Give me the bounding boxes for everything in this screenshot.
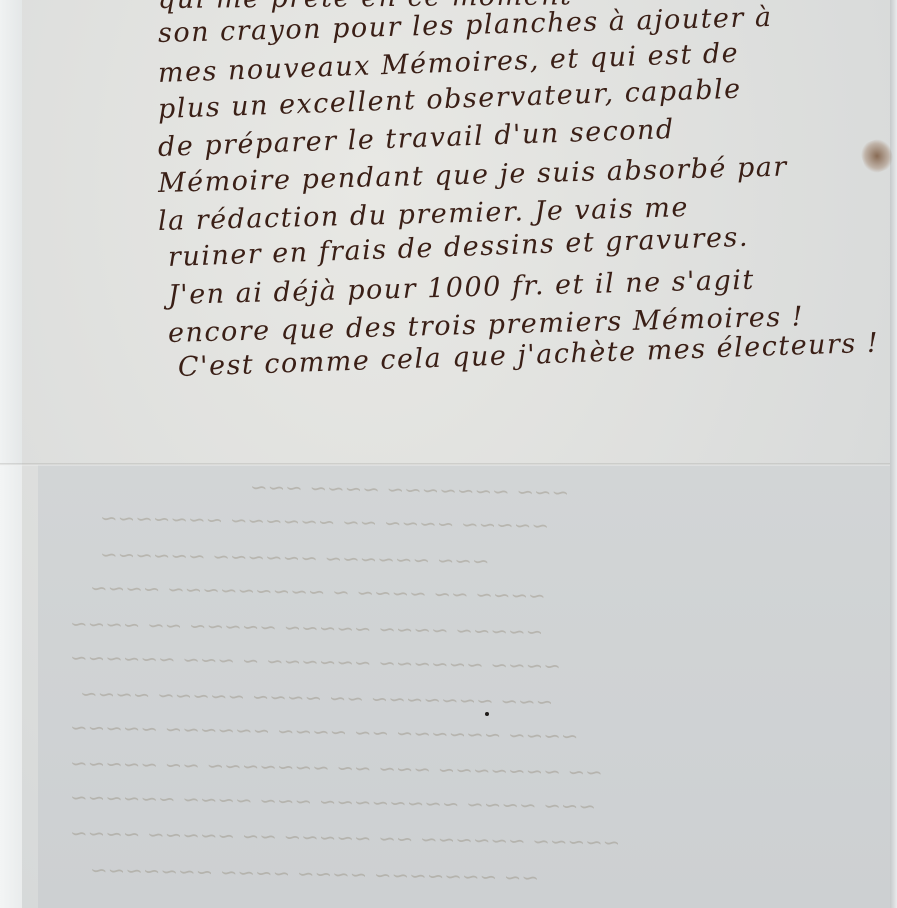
manuscript-photo: ~~~ ~~~~~~~ ~~~~ ~~~ ~~~~~ ~~~~ ~~ ~~~~~… [0,0,897,908]
ink-dot [485,712,489,716]
handwritten-text: qui me prête en ce moment son crayon pou… [0,0,897,908]
